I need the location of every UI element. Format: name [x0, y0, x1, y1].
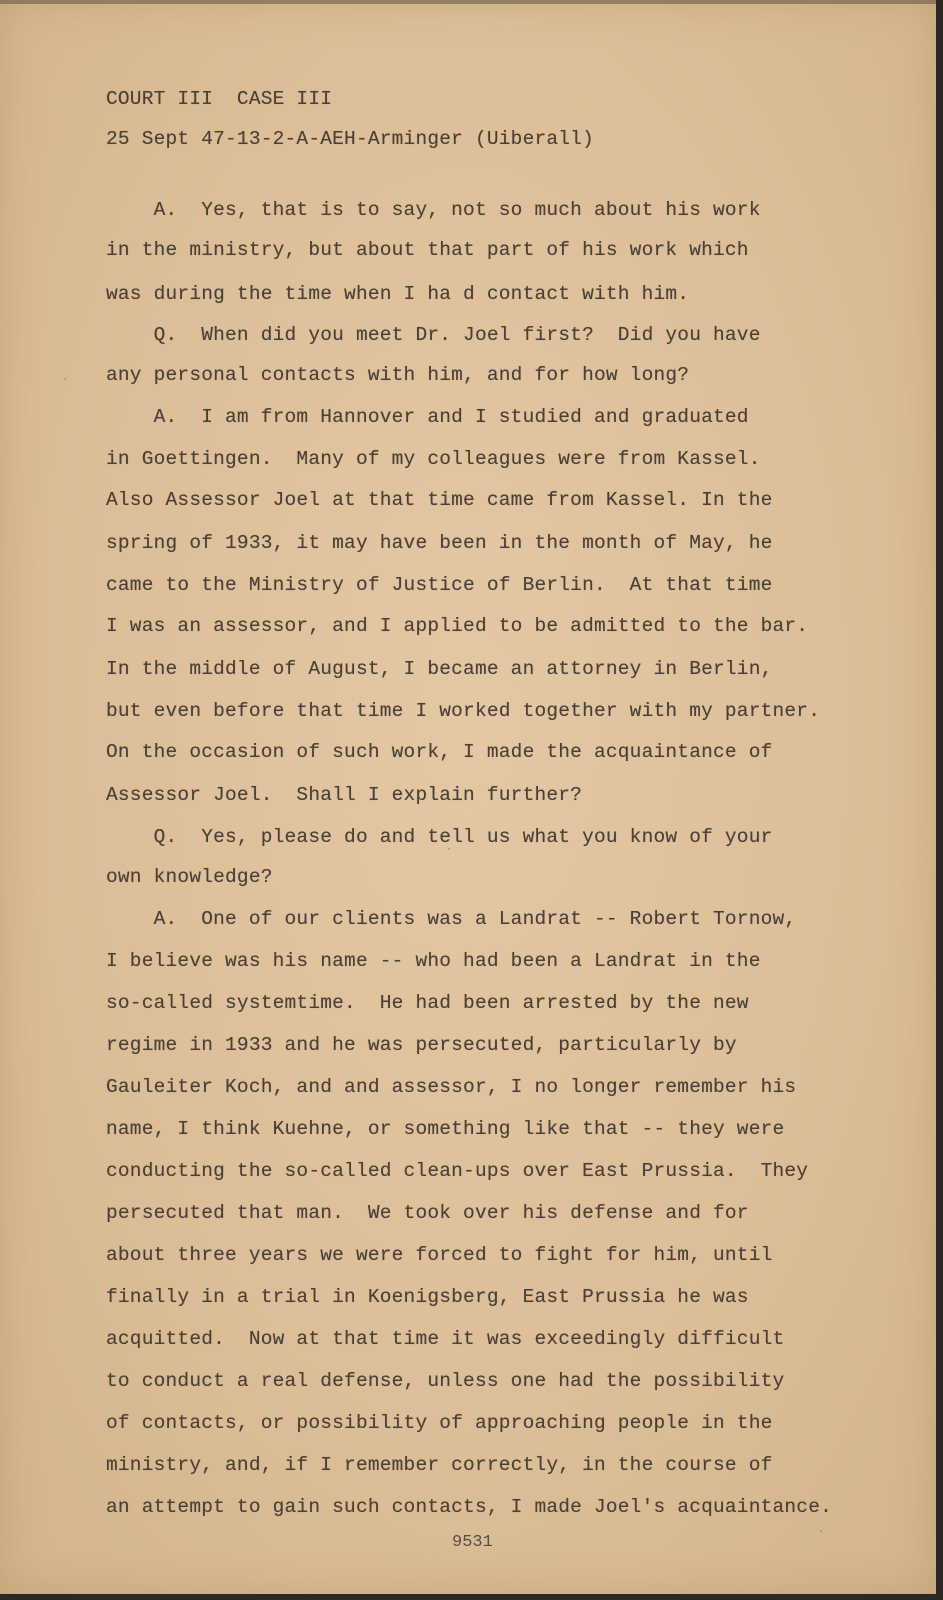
transcript-line: in Goettingen. Many of my colleagues wer… [106, 448, 761, 470]
transcript-line: I was an assessor, and I applied to be a… [106, 615, 808, 637]
paper-speck [448, 848, 450, 850]
transcript-line: A. I am from Hannover and I studied and … [106, 406, 749, 428]
transcript-line: A. Yes, that is to say, not so much abou… [106, 199, 761, 221]
transcript-line: Q. When did you meet Dr. Joel first? Did… [106, 324, 761, 346]
transcript-line: I believe was his name -- who had been a… [106, 950, 761, 972]
transcript-line: to conduct a real defense, unless one ha… [106, 1370, 784, 1392]
transcript-line: On the occasion of such work, I made the… [106, 741, 773, 763]
scan-edge-bottom [0, 1594, 943, 1600]
paper-speck [820, 1530, 822, 1532]
transcript-line: own knowledge? [106, 866, 273, 888]
transcript-line: Q. Yes, please do and tell us what you k… [106, 826, 773, 848]
transcript-line: in the ministry, but about that part of … [106, 239, 749, 261]
transcript-line: finally in a trial in Koenigsberg, East … [106, 1286, 749, 1308]
transcript-line: Assessor Joel. Shall I explain further? [106, 784, 582, 806]
transcript-line: acquitted. Now at that time it was excee… [106, 1328, 784, 1350]
paper-speck [64, 378, 66, 380]
transcript-line: A. One of our clients was a Landrat -- R… [106, 908, 796, 930]
transcript-line: but even before that time I worked toget… [106, 700, 820, 722]
transcript-line: persecuted that man. We took over his de… [106, 1202, 749, 1224]
scan-edge-right [936, 0, 943, 1600]
transcript-line: so-called systemtime. He had been arrest… [106, 992, 749, 1014]
paper-speck [540, 1125, 542, 1127]
transcript-line: conducting the so-called clean-ups over … [106, 1160, 808, 1182]
transcript-line: In the middle of August, I became an att… [106, 658, 773, 680]
transcript-line: regime in 1933 and he was persecuted, pa… [106, 1034, 737, 1056]
transcript-line: Also Assessor Joel at that time came fro… [106, 489, 773, 511]
transcript-line: ministry, and, if I remember correctly, … [106, 1454, 773, 1476]
transcript-line: any personal contacts with him, and for … [106, 364, 689, 386]
typewritten-page: COURT III CASE III 25 Sept 47-13-2-A-AEH… [0, 0, 936, 1594]
transcript-line: was during the time when I ha d contact … [106, 283, 689, 305]
transcript-line: Gauleiter Koch, and and assessor, I no l… [106, 1076, 796, 1098]
transcript-line: came to the Ministry of Justice of Berli… [106, 574, 773, 596]
document-reference: 25 Sept 47-13-2-A-AEH-Arminger (Uiberall… [106, 128, 594, 150]
page-number: 9531 [452, 1533, 493, 1552]
transcript-line: an attempt to gain such contacts, I made… [106, 1496, 832, 1518]
transcript-line: of contacts, or possibility of approachi… [106, 1412, 773, 1434]
transcript-line: spring of 1933, it may have been in the … [106, 532, 773, 554]
transcript-line: about three years we were forced to figh… [106, 1244, 773, 1266]
transcript-line: name, I think Kuehne, or something like … [106, 1118, 784, 1140]
court-case-header: COURT III CASE III [106, 88, 332, 110]
